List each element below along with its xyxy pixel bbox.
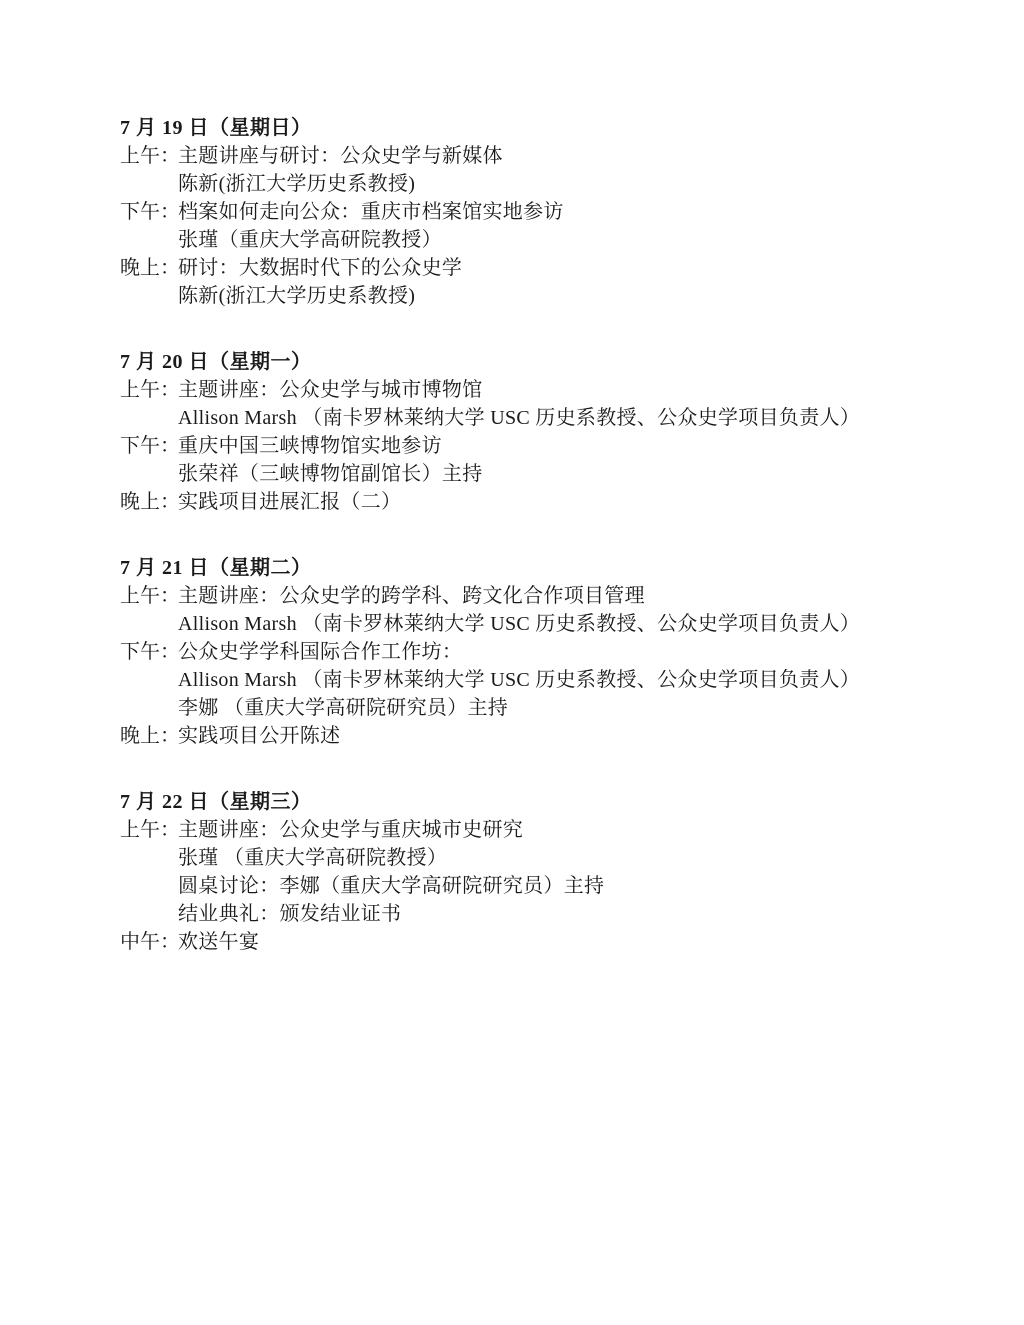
event-text: 实践项目进展汇报（二） (178, 491, 401, 513)
event-text: 结业典礼：颁发结业证书 (178, 903, 401, 925)
schedule-line: 张荣祥（三峡博物馆副馆长）主持 (120, 460, 968, 488)
schedule-line: 晚上：实践项目公开陈述 (120, 722, 968, 750)
schedule-line: Allison Marsh （南卡罗林莱纳大学 USC 历史系教授、公众史学项目… (120, 666, 968, 694)
date-heading: 7 月 20 日（星期一） (120, 348, 968, 376)
schedule-line: 下午：公众史学学科国际合作工作坊： (120, 638, 968, 666)
schedule-line: 上午：主题讲座：公众史学的跨学科、跨文化合作项目管理 (120, 582, 968, 610)
time-label: 下午： (120, 432, 178, 460)
schedule-line: Allison Marsh （南卡罗林莱纳大学 USC 历史系教授、公众史学项目… (120, 610, 968, 638)
schedule-line: 中午：欢送午宴 (120, 928, 968, 956)
time-label: 上午： (120, 816, 178, 844)
schedule-line: 下午：重庆中国三峡博物馆实地参访 (120, 432, 968, 460)
speaker-text: 陈新(浙江大学历史系教授) (178, 173, 415, 195)
event-text: 主题讲座：公众史学的跨学科、跨文化合作项目管理 (178, 585, 645, 607)
schedule-line: 圆桌讨论：李娜（重庆大学高研院研究员）主持 (120, 872, 968, 900)
schedule-line: 陈新(浙江大学历史系教授) (120, 170, 968, 198)
date-heading: 7 月 19 日（星期日） (120, 114, 968, 142)
schedule-line: 晚上：实践项目进展汇报（二） (120, 488, 968, 516)
time-label: 晚上： (120, 254, 178, 282)
schedule-line: 下午：档案如何走向公众：重庆市档案馆实地参访 (120, 198, 968, 226)
speaker-text: Allison Marsh （南卡罗林莱纳大学 USC 历史系教授、公众史学项目… (178, 407, 860, 429)
day-section-jul-20: 7 月 20 日（星期一） 上午：主题讲座：公众史学与城市博物馆 Allison… (120, 348, 968, 516)
time-label: 晚上： (120, 722, 178, 750)
event-text: 欢送午宴 (178, 931, 259, 953)
time-label: 下午： (120, 638, 178, 666)
schedule-line: 张瑾（重庆大学高研院教授） (120, 226, 968, 254)
schedule-line: 张瑾 （重庆大学高研院教授） (120, 844, 968, 872)
time-label: 上午： (120, 582, 178, 610)
event-text: 主题讲座与研讨：公众史学与新媒体 (178, 145, 503, 167)
time-label: 中午： (120, 928, 178, 956)
event-text: 主题讲座：公众史学与城市博物馆 (178, 379, 483, 401)
day-section-jul-19: 7 月 19 日（星期日） 上午：主题讲座与研讨：公众史学与新媒体 陈新(浙江大… (120, 114, 968, 310)
event-text: 主题讲座：公众史学与重庆城市史研究 (178, 819, 523, 841)
speaker-text: Allison Marsh （南卡罗林莱纳大学 USC 历史系教授、公众史学项目… (178, 613, 860, 635)
date-heading: 7 月 21 日（星期二） (120, 554, 968, 582)
event-text: 实践项目公开陈述 (178, 725, 340, 747)
time-label: 上午： (120, 142, 178, 170)
day-section-jul-22: 7 月 22 日（星期三） 上午：主题讲座：公众史学与重庆城市史研究 张瑾 （重… (120, 788, 968, 956)
schedule-line: 李娜 （重庆大学高研院研究员）主持 (120, 694, 968, 722)
schedule-line: 上午：主题讲座与研讨：公众史学与新媒体 (120, 142, 968, 170)
speaker-text: 张荣祥（三峡博物馆副馆长）主持 (178, 463, 483, 485)
document-page: 7 月 19 日（星期日） 上午：主题讲座与研讨：公众史学与新媒体 陈新(浙江大… (0, 0, 1024, 1325)
event-text: 公众史学学科国际合作工作坊： (178, 641, 462, 663)
speaker-text: 陈新(浙江大学历史系教授) (178, 285, 415, 307)
speaker-text: 李娜 （重庆大学高研院研究员）主持 (178, 697, 508, 719)
event-text: 重庆中国三峡博物馆实地参访 (178, 435, 442, 457)
schedule-line: 结业典礼：颁发结业证书 (120, 900, 968, 928)
day-section-jul-21: 7 月 21 日（星期二） 上午：主题讲座：公众史学的跨学科、跨文化合作项目管理… (120, 554, 968, 750)
event-text: 圆桌讨论：李娜（重庆大学高研院研究员）主持 (178, 875, 604, 897)
speaker-text: 张瑾 （重庆大学高研院教授） (178, 847, 447, 869)
schedule-line: 上午：主题讲座：公众史学与城市博物馆 (120, 376, 968, 404)
date-heading: 7 月 22 日（星期三） (120, 788, 968, 816)
schedule-line: 上午：主题讲座：公众史学与重庆城市史研究 (120, 816, 968, 844)
schedule-line: 晚上：研讨：大数据时代下的公众史学 (120, 254, 968, 282)
speaker-text: 张瑾（重庆大学高研院教授） (178, 229, 442, 251)
schedule-line: Allison Marsh （南卡罗林莱纳大学 USC 历史系教授、公众史学项目… (120, 404, 968, 432)
event-text: 研讨：大数据时代下的公众史学 (178, 257, 462, 279)
time-label: 晚上： (120, 488, 178, 516)
speaker-text: Allison Marsh （南卡罗林莱纳大学 USC 历史系教授、公众史学项目… (178, 669, 860, 691)
schedule-line: 陈新(浙江大学历史系教授) (120, 282, 968, 310)
time-label: 下午： (120, 198, 178, 226)
time-label: 上午： (120, 376, 178, 404)
event-text: 档案如何走向公众：重庆市档案馆实地参访 (178, 201, 564, 223)
